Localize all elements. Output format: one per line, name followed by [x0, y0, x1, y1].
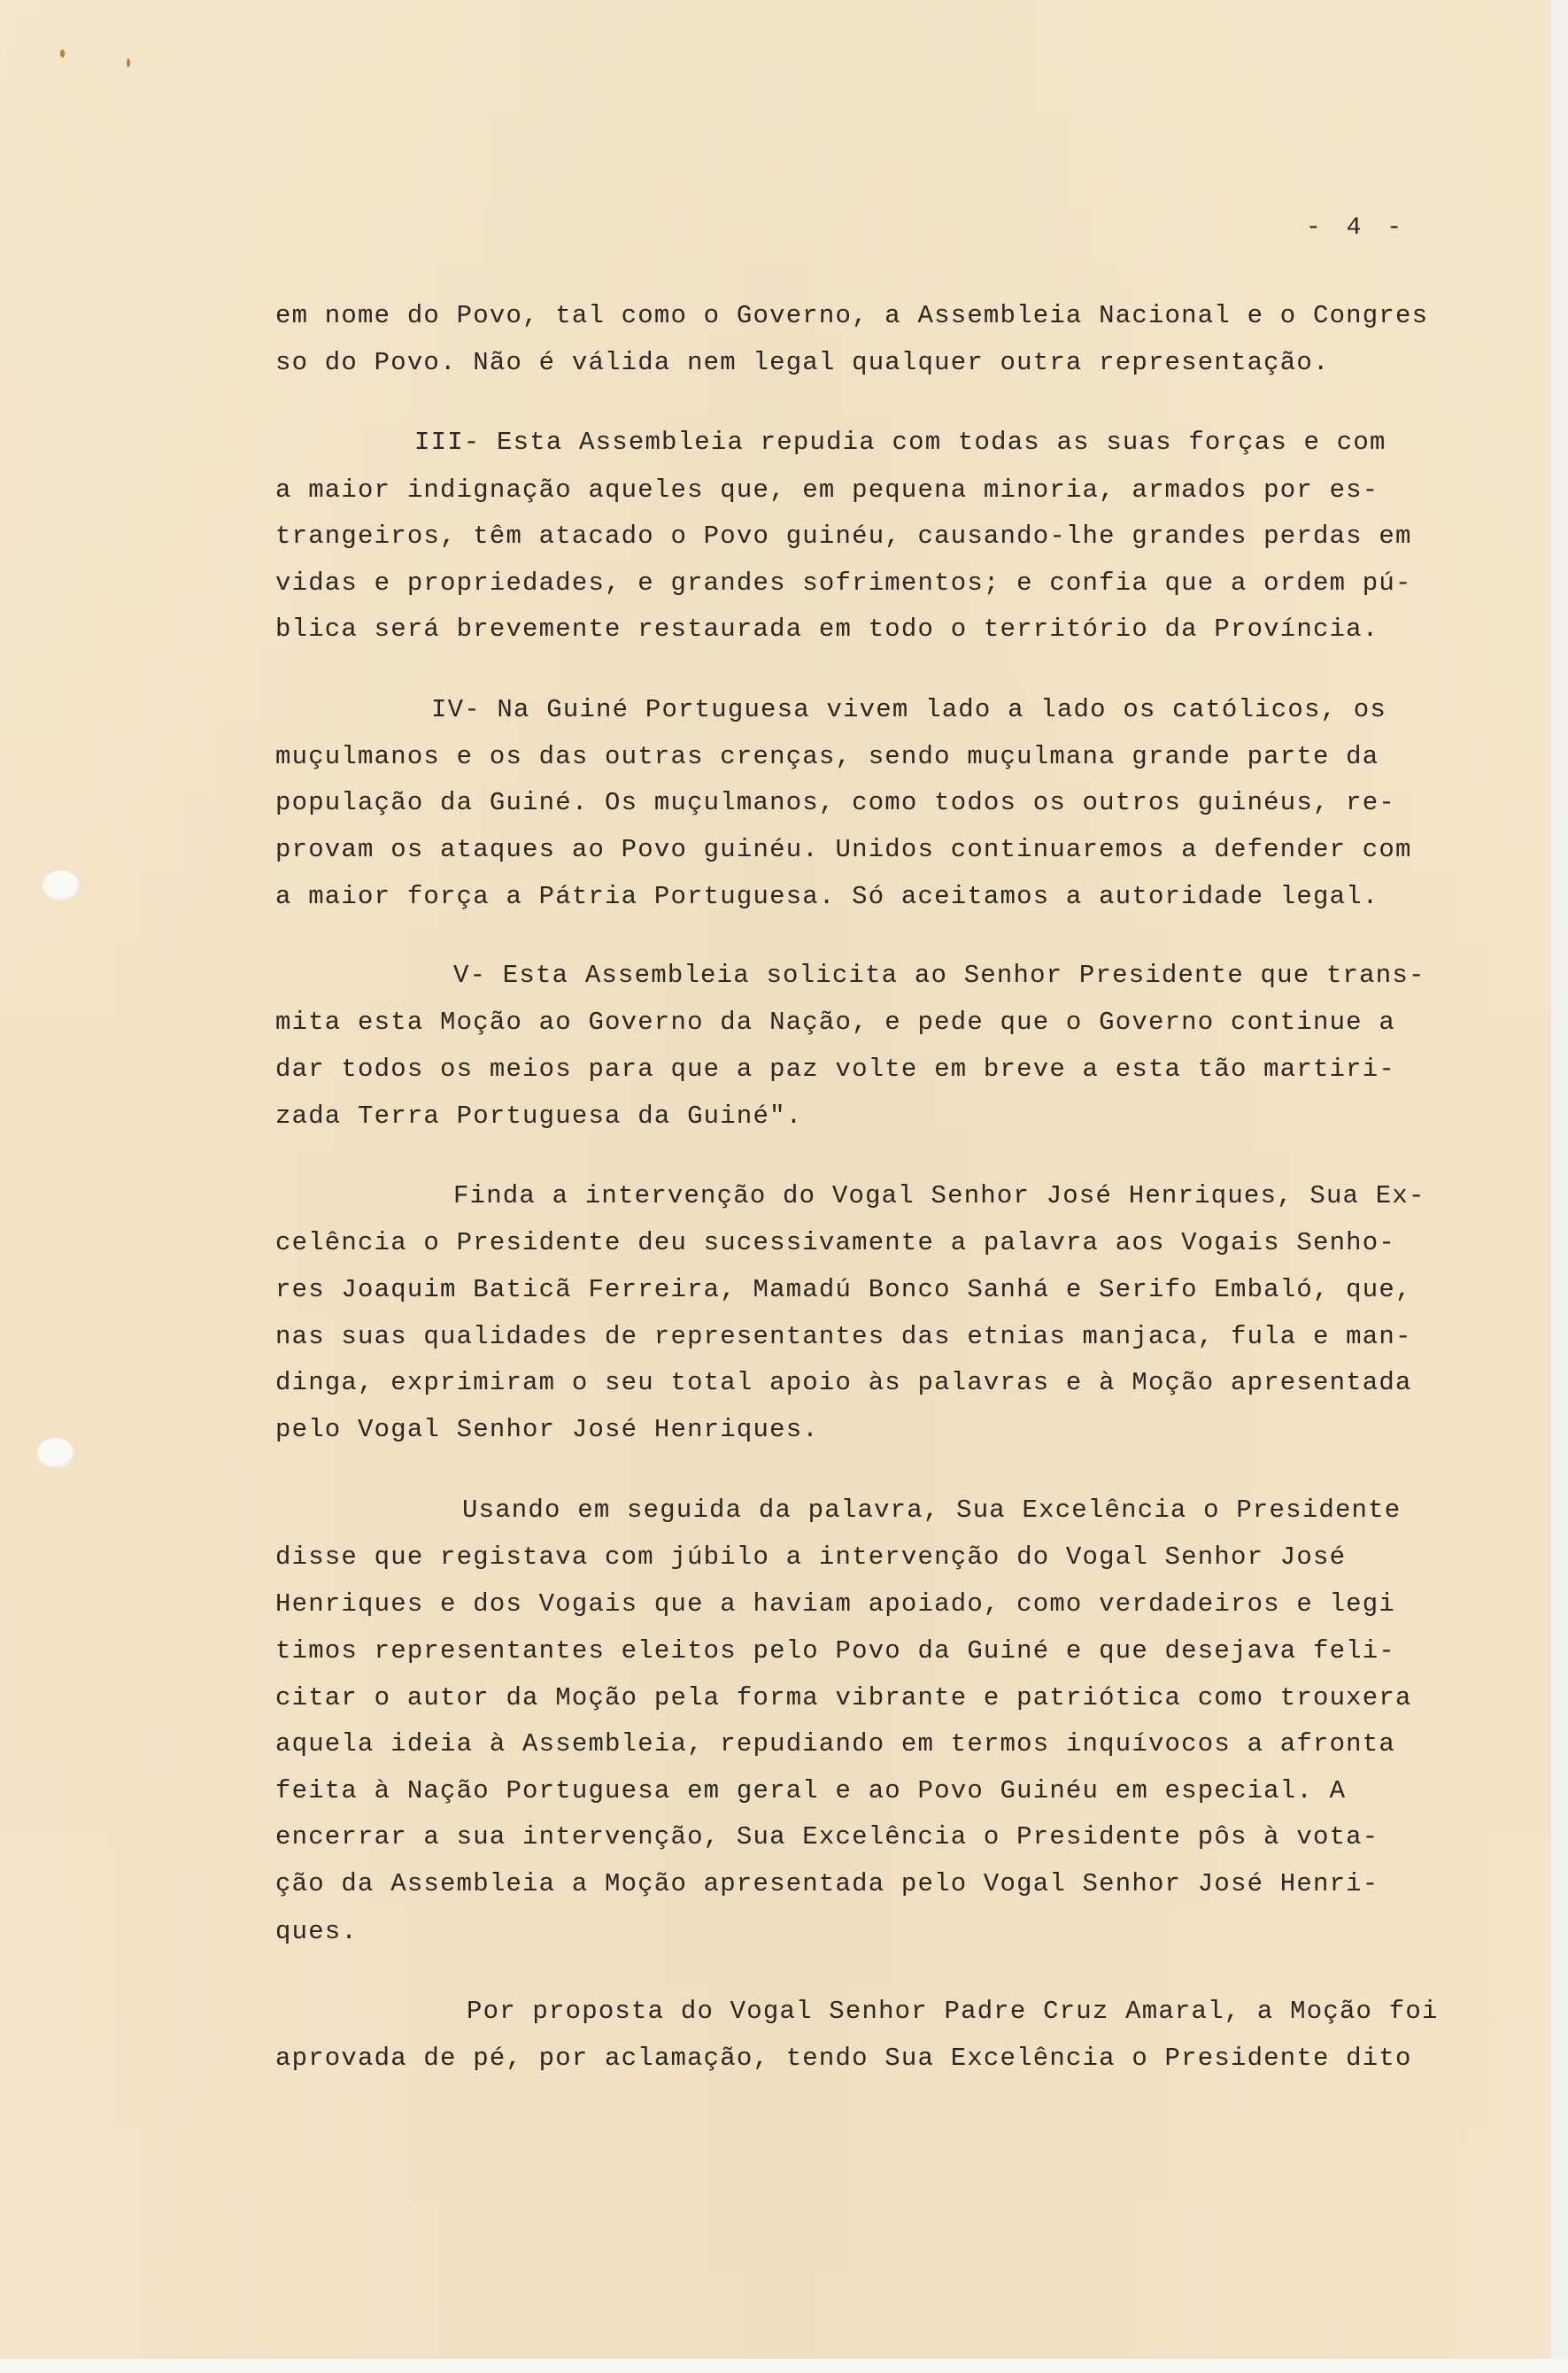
text-line: timos representantes eleitos pelo Povo d…: [275, 1636, 1395, 1666]
text-line: trangeiros, têm atacado o Povo guinéu, c…: [275, 522, 1412, 551]
scan-background-edge: [0, 2359, 1568, 2373]
text-line: dar todos os meios para que a paz volte …: [275, 1055, 1395, 1084]
text-line: população da Guiné. Os muçulmanos, como …: [275, 788, 1395, 817]
text-line: Por proposta do Vogal Senhor Padre Cruz …: [467, 1997, 1439, 2026]
text-line: zada Terra Portuguesa da Guiné".: [275, 1101, 802, 1131]
text-line: vidas e propriedades, e grandes sofrimen…: [275, 568, 1412, 598]
text-line: citar o autor da Moção pela forma vibran…: [275, 1683, 1412, 1712]
text-line: ques.: [275, 1917, 358, 1946]
text-line: provam os ataques ao Povo guinéu. Unidos…: [275, 835, 1412, 864]
text-line: aquela ideia à Assembleia, repudiando em…: [275, 1729, 1395, 1758]
text-line: III- Esta Assembleia repudia com todas a…: [414, 428, 1386, 457]
text-line: so do Povo. Não é válida nem legal qualq…: [275, 348, 1330, 377]
text-line: nas suas qualidades de representantes da…: [275, 1322, 1412, 1351]
text-line: res Joaquim Baticã Ferreira, Mamadú Bonc…: [275, 1275, 1412, 1304]
text-line: Finda a intervenção do Vogal Senhor José…: [453, 1181, 1425, 1210]
text-line: dinga, exprimiram o seu total apoio às p…: [275, 1368, 1412, 1397]
text-line: aprovada de pé, por aclamação, tendo Sua…: [275, 2044, 1412, 2073]
text-line: V- Esta Assembleia solicita ao Senhor Pr…: [453, 961, 1425, 990]
text-line: Henriques e dos Vogais que a haviam apoi…: [275, 1589, 1395, 1619]
text-line: ção da Assembleia a Moção apresentada pe…: [275, 1869, 1379, 1898]
text-line: mita esta Moção ao Governo da Nação, e p…: [275, 1008, 1395, 1037]
typed-body-text: em nome do Povo, tal como o Governo, a A…: [0, 0, 1568, 2373]
text-line: a maior indignação aqueles que, em peque…: [275, 475, 1379, 505]
text-line: IV- Na Guiné Portuguesa vivem lado a lad…: [431, 695, 1386, 724]
text-line: pelo Vogal Senhor José Henriques.: [275, 1415, 819, 1444]
text-line: Usando em seguida da palavra, Sua Excelê…: [462, 1496, 1401, 1525]
text-line: blica será brevemente restaurada em todo…: [275, 615, 1379, 644]
text-line: a maior força a Pátria Portuguesa. Só ac…: [275, 882, 1379, 911]
text-line: feita à Nação Portuguesa em geral e ao P…: [275, 1776, 1346, 1805]
text-line: muçulmanos e os das outras crenças, send…: [275, 742, 1379, 771]
text-line: em nome do Povo, tal como o Governo, a A…: [275, 301, 1428, 330]
text-line: encerrar a sua intervenção, Sua Excelênc…: [275, 1822, 1379, 1851]
text-line: disse que registava com júbilo a interve…: [275, 1542, 1346, 1572]
document-page: - 4 - em nome do Povo, tal como o Govern…: [0, 0, 1551, 2359]
text-line: celência o Presidente deu sucessivamente…: [275, 1228, 1395, 1257]
